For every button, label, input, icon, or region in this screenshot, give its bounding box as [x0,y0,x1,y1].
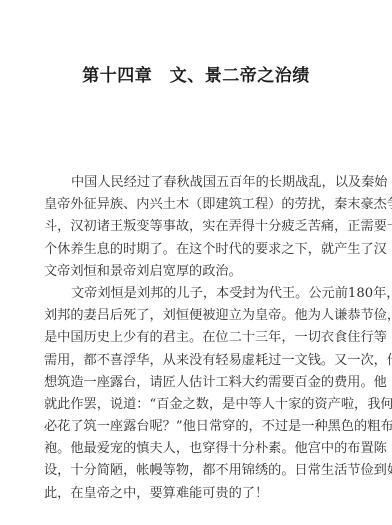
text-line: 袍。他最爱宠的慎夫人，也穿得十分朴素。他宫中的布置陈 [44,438,352,460]
text-line: 需用，都不喜浮华，从来没有轻易虚耗过一文钱。又一次，他 [44,350,352,372]
text-line: 必花了筑一座露台呢？”他日常穿的，不过是一种黑色的粗布 [44,416,352,438]
text-line: 斗，汉初诸王叛变等事故，实在弄得十分疲乏苦痛，正需要一 [44,216,352,238]
text-line: 中国人民经过了春秋战国五百年的长期战乱，以及秦始 [44,172,352,194]
text-line: 是中国历史上少有的君主。在位二十三年，一切衣食住行等 [44,327,352,349]
text-line: 想筑造一座露台，请匠人估计工料大约需要百金的费用。他 [44,372,352,394]
paragraph-1: 中国人民经过了春秋战国五百年的长期战乱，以及秦始 皇帝外征异族、内兴土木（即建筑… [44,172,352,283]
text-line: 个休养生息的时期了。在这个时代的要求之下，就产生了汉 [44,239,352,261]
document-page: 第十四章 文、景二帝之治绩 中国人民经过了春秋战国五百年的长期战乱，以及秦始 皇… [0,0,392,525]
text-line: 设，十分简陋，帐幔等物，都不用锦绣的。日常生活节俭到如 [44,460,352,482]
text-line: 此，在皇帝之中，要算难能可贵的了！ [44,483,352,505]
text-line: 文帝刘恒是刘邦的儿子，本受封为代王。公元前180年， [44,283,352,305]
text-line: 刘邦的妻吕后死了，刘恒便被迎立为皇帝。他为人谦恭节俭， [44,305,352,327]
body-text: 中国人民经过了春秋战国五百年的长期战乱，以及秦始 皇帝外征异族、内兴土木（即建筑… [44,172,352,505]
chapter-title: 第十四章 文、景二帝之治绩 [0,61,392,86]
text-line: 皇帝外征异族、内兴土木（即建筑工程）的劳扰，秦末豪杰争 [44,194,352,216]
text-line: 文帝刘恒和景帝刘启宽厚的政治。 [44,261,352,283]
text-line: 就此作罢，说道：“百金之数，是中等人十家的资产啦，我何 [44,394,352,416]
paragraph-2: 文帝刘恒是刘邦的儿子，本受封为代王。公元前180年， 刘邦的妻吕后死了，刘恒便被… [44,283,352,505]
